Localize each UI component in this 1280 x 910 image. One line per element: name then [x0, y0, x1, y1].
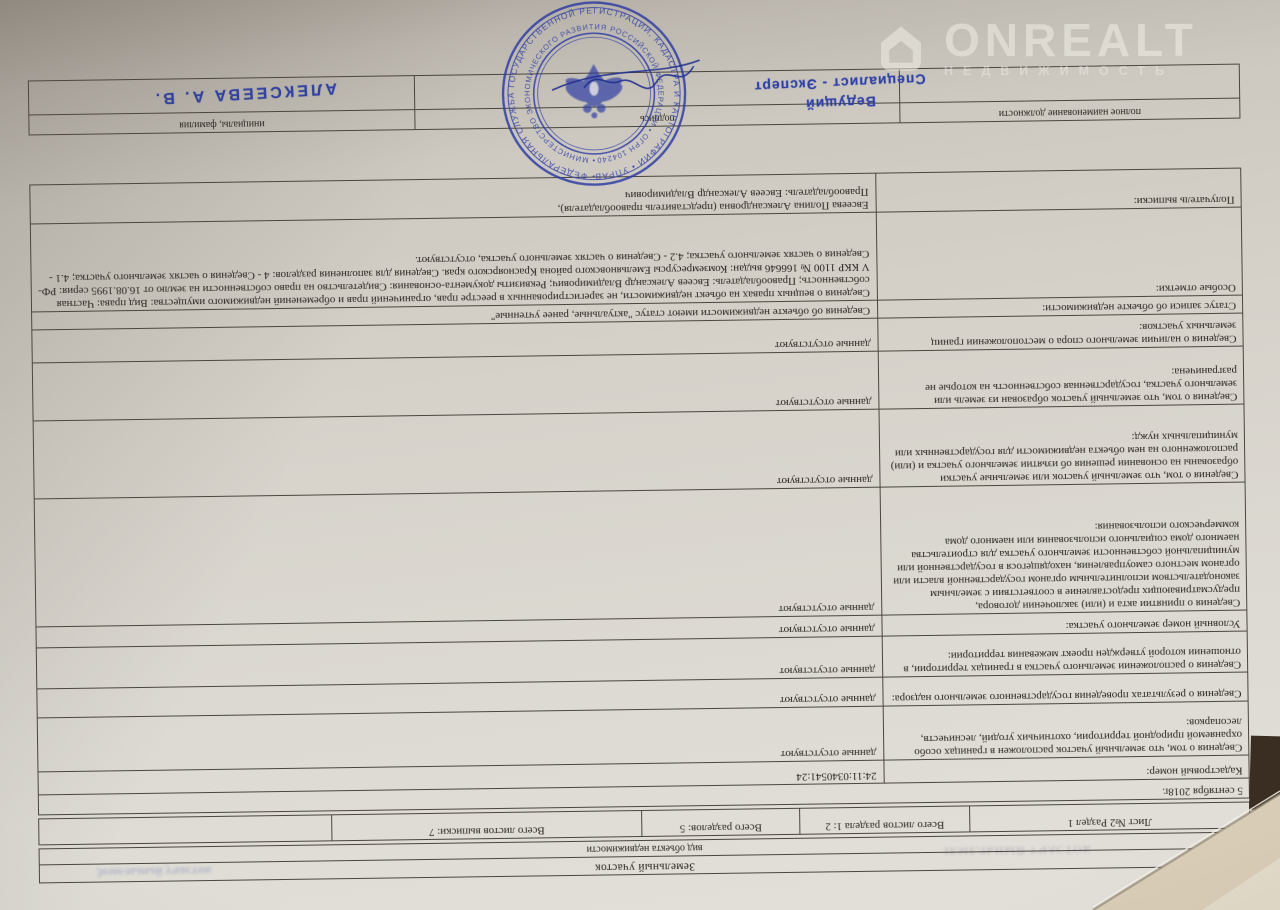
table-row: Особые отметки: Сведения о вещных правах… — [30, 207, 1242, 312]
attributes-table: 5 сентября 2018г. Кадастровый номер: 24:… — [29, 168, 1250, 816]
row-value: данные отсутствуют — [34, 487, 882, 627]
row-label: Особые отметки: — [876, 207, 1242, 300]
row-value: данные отсутствуют — [33, 409, 880, 499]
tabletop-corner — [1080, 728, 1280, 910]
row-value: данные отсутствуют — [32, 351, 879, 421]
row-label: Сведения о том, что земельный участок об… — [878, 346, 1244, 409]
table-row: Сведения о принятии акта и (или) заключе… — [34, 482, 1247, 627]
sheets-in-section: Всего листов раздела 1: 2 — [800, 806, 970, 834]
document-sheet: Земельный участок вид объекта недвижимос… — [27, 10, 1251, 884]
row-label: Получатель выписки: — [876, 168, 1242, 212]
row-label: Сведения о наличии земельного спора о ме… — [878, 313, 1243, 351]
empty-cell — [39, 815, 332, 845]
row-label: Сведения о расположении земельного участ… — [882, 631, 1248, 677]
row-label: Сведения о результатах проведения госуда… — [883, 672, 1248, 706]
total-sections: Всего разделов: 5 — [642, 808, 800, 836]
row-label: Сведения о том, что земельный участок ил… — [879, 404, 1245, 487]
row-label: Сведения о принятии акта и (или) заключе… — [880, 482, 1247, 615]
photo-of-document: Земельный участок вид объекта недвижимос… — [0, 0, 1280, 910]
handwritten-signature — [550, 52, 703, 100]
row-value: Сведения о вещных правах на объект недви… — [30, 212, 877, 312]
total-sheets: Всего листов выписки: 7 — [332, 810, 642, 840]
